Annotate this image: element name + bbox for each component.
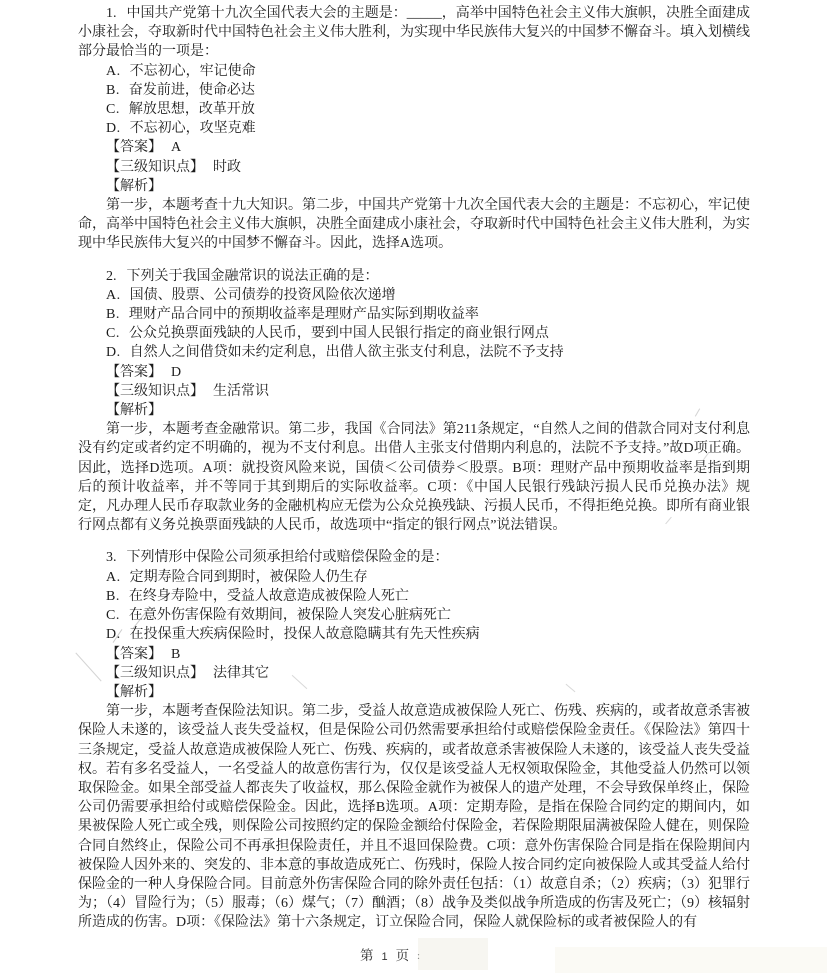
option-b: B.奋发前进，使命必达: [78, 81, 750, 100]
option-a: A.定期寿险合同到期时，被保险人仍生存: [78, 568, 750, 587]
option-text: 国债、股票、公司债券的投资风险依次递增: [130, 288, 396, 303]
analysis-label: 【解析】: [78, 683, 750, 702]
option-text: 理财产品合同中的预期收益率是理财产品实际到期收益率: [129, 307, 479, 322]
knowledge-value: 时政: [213, 160, 241, 175]
answer-label: 【答案】: [106, 647, 162, 662]
page-number-prefix: 第: [360, 948, 375, 963]
option-letter: A.: [106, 288, 121, 303]
knowledge-point-line: 【三级知识点】法律其它: [78, 664, 750, 683]
knowledge-label: 【三级知识点】: [106, 160, 204, 175]
answer-label: 【答案】: [106, 365, 162, 380]
question-number: 3.: [106, 550, 117, 565]
question-1: 1.中国共产党第十九次全国代表大会的主题是：_____，高举中国特色社会主义伟大…: [78, 4, 750, 254]
option-text: 自然人之间借贷如未约定利息，出借人欲主张支付利息，法院不予支持: [130, 345, 564, 360]
option-letter: C.: [106, 326, 120, 341]
option-d: D.自然人之间借贷如未约定利息，出借人欲主张支付利息，法院不予支持: [78, 343, 750, 362]
knowledge-label: 【三级知识点】: [106, 666, 204, 681]
option-text: 不忘初心，攻坚克难: [130, 121, 256, 136]
analysis-text: 第一步，本题考查金融常识。第二步，我国《合同法》第211条规定，“自然人之间的借…: [78, 420, 750, 535]
option-letter: A.: [106, 64, 121, 79]
option-letter: B.: [106, 589, 120, 604]
option-text: 在意外伤害保险有效期间，被保险人突发心脏病死亡: [129, 608, 451, 623]
knowledge-point-line: 【三级知识点】时政: [78, 158, 750, 177]
option-c: C.公众兑换票面残缺的人民币，要到中国人民银行指定的商业银行网点: [78, 324, 750, 343]
question-2: 2.下列关于我国金融常识的说法正确的是： A.国债、股票、公司债券的投资风险依次…: [78, 267, 750, 536]
option-d: D.在投保重大疾病保险时，投保人故意隐瞒其有先天性疾病: [78, 625, 750, 644]
answer-line: 【答案】B: [78, 645, 750, 664]
question-number: 1.: [106, 6, 117, 21]
page-footer: 第1页: [0, 944, 827, 973]
page-number-suffix: 页: [396, 948, 411, 963]
page-number-value: 1: [382, 951, 389, 963]
option-b: B.理财产品合同中的预期收益率是理财产品实际到期收益率: [78, 305, 750, 324]
knowledge-label: 【三级知识点】: [106, 384, 204, 399]
analysis-text: 第一步，本题考查十九大知识。第二步，中国共产党第十九次全国代表大会的主题是：不忘…: [78, 196, 750, 254]
analysis-label: 【解析】: [78, 177, 750, 196]
question-stem: 2.下列关于我国金融常识的说法正确的是：: [78, 267, 750, 286]
option-text: 奋发前进，使命必达: [129, 83, 255, 98]
answer-value: A: [171, 140, 181, 155]
option-letter: C.: [106, 608, 120, 623]
answer-label: 【答案】: [106, 140, 162, 155]
option-c: C.在意外伤害保险有效期间，被保险人突发心脏病死亡: [78, 606, 750, 625]
question-stem-text: 下列关于我国金融常识的说法正确的是：: [127, 269, 379, 284]
document-page: 1.中国共产党第十九次全国代表大会的主题是：_____，高举中国特色社会主义伟大…: [0, 0, 827, 933]
option-a: A.不忘初心，牢记使命: [78, 62, 750, 81]
knowledge-point-line: 【三级知识点】生活常识: [78, 382, 750, 401]
option-letter: D.: [106, 345, 121, 360]
question-stem: 1.中国共产党第十九次全国代表大会的主题是：_____，高举中国特色社会主义伟大…: [78, 4, 750, 62]
option-text: 定期寿险合同到期时，被保险人仍生存: [130, 570, 368, 585]
option-letter: C.: [106, 102, 120, 117]
answer-line: 【答案】A: [78, 138, 750, 157]
option-c: C.解放思想，改革开放: [78, 100, 750, 119]
analysis-text: 第一步，本题考查保险法知识。第二步，受益人故意造成被保险人死亡、伤残、疾病的，或…: [78, 702, 750, 932]
option-text: 在投保重大疾病保险时，投保人故意隐瞒其有先天性疾病: [130, 627, 480, 642]
knowledge-value: 生活常识: [213, 384, 269, 399]
page-number: 第1页: [360, 946, 410, 967]
question-number: 2.: [106, 269, 117, 284]
option-d: D.不忘初心，攻坚克难: [78, 119, 750, 138]
analysis-label: 【解析】: [78, 401, 750, 420]
question-stem-text: 中国共产党第十九次全国代表大会的主题是：_____，高举中国特色社会主义伟大旗帜…: [78, 6, 750, 59]
option-letter: D.: [106, 121, 121, 136]
answer-value: D: [171, 365, 181, 380]
option-text: 解放思想，改革开放: [129, 102, 255, 117]
option-text: 在终身寿险中，受益人故意造成被保险人死亡: [129, 589, 409, 604]
knowledge-value: 法律其它: [213, 666, 269, 681]
question-stem-text: 下列情形中保险公司须承担给付或赔偿保险金的是：: [127, 550, 449, 565]
answer-value: B: [171, 647, 180, 662]
option-letter: B.: [106, 83, 120, 98]
option-letter: B.: [106, 307, 120, 322]
question-3: 3.下列情形中保险公司须承担给付或赔偿保险金的是： A.定期寿险合同到期时，被保…: [78, 548, 750, 932]
option-b: B.在终身寿险中，受益人故意造成被保险人死亡: [78, 587, 750, 606]
option-letter: A.: [106, 570, 121, 585]
option-text: 不忘初心，牢记使命: [130, 64, 256, 79]
option-a: A.国债、股票、公司债券的投资风险依次递增: [78, 286, 750, 305]
answer-line: 【答案】D: [78, 363, 750, 382]
question-stem: 3.下列情形中保险公司须承担给付或赔偿保险金的是：: [78, 548, 750, 567]
